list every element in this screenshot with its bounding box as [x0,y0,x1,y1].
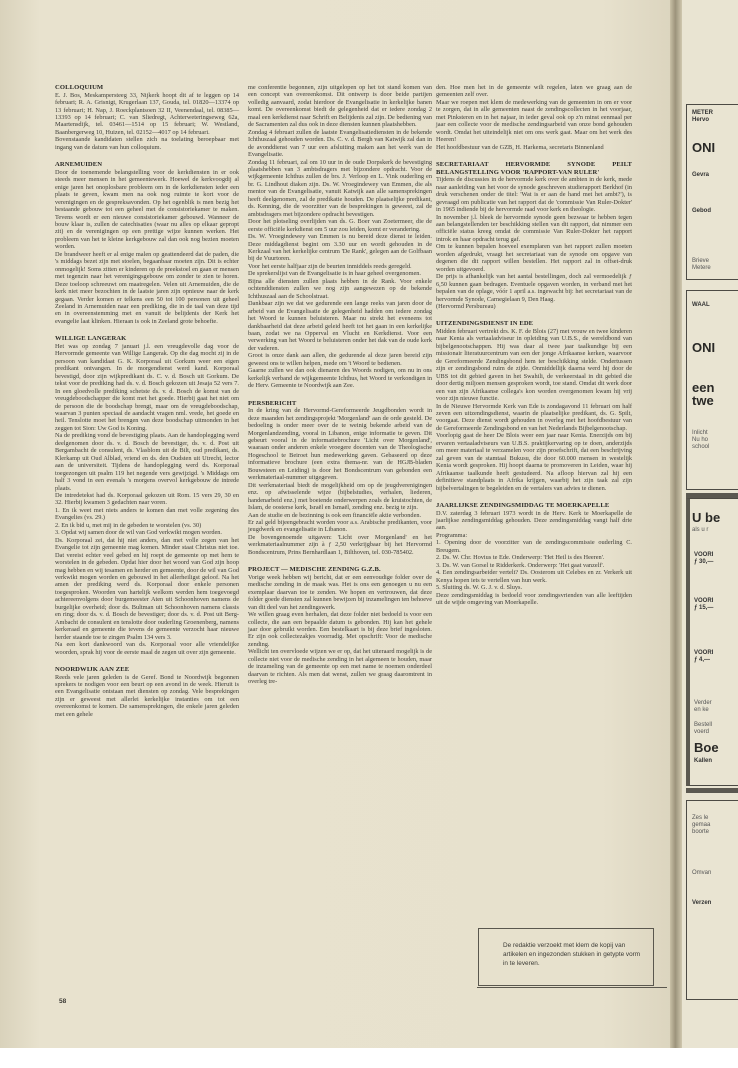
article-paragraph: In november j.l. bleek de hervormde syno… [436,214,632,244]
ad-fragment-text: VOORI [694,650,738,657]
ad-fragment-text: twe [692,393,738,408]
ad-fragment-text: ONI [692,340,738,355]
article-paragraph: 2. Ds. W. Chr. Hovius te Ede. Onderwerp:… [436,554,632,561]
article-heading: NOORDWIJK AAN ZEE [55,666,239,674]
article: NOORDWIJK AAN ZEEReeds vele jaren gelede… [55,666,239,718]
article-paragraph: Tijdens de discussies in de hervormde ke… [436,176,632,213]
ad-fragment-text: boorte [692,829,738,836]
article-paragraph: den. Hoe men het in de gemeente wilt reg… [436,84,632,99]
article-paragraph: Dit werkmateriaal biedt de mogelijkheid … [248,482,432,512]
article-paragraph: Zondag 11 februari, zal om 10 uur in de … [248,159,432,219]
ad-fragment-text: Omvan [692,870,738,877]
article: WILLIGE LANGERAKHet was op zondag 7 janu… [55,335,239,656]
article-paragraph: In de kring van de Hervormd-Gereformeerd… [248,407,432,482]
article: PROJECT — MEDISCHE ZENDING G.Z.B.Vorige … [248,566,432,685]
ad-fragment-text: Metere [692,265,738,272]
article-paragraph: De sprekerslijst van de Evangelisatie is… [248,270,432,277]
article: UITZENDINGSDIENST IN EDEMidden februari … [436,320,632,492]
ad-fragment-text: Brieve [692,258,738,265]
article: PERSBERICHTIn de kring van de Hervormd-G… [248,400,432,557]
article-paragraph: Programma: [436,532,632,539]
article-paragraph: Dankbaar zijn we dat we gedurende een la… [248,300,432,352]
ad-fragment-text: Inlicht [692,430,738,437]
article-paragraph: Aan de studie en de bezinning is ook een… [248,512,432,519]
ad-fragment-text: METER [692,110,738,117]
column-1: COLLOQUIUME. J. Bos, Meskampersteeg 33, … [55,84,239,728]
article-paragraph: 3. Ds. W. van Gorsel te Ridderkerk. Onde… [436,562,632,569]
article-paragraph: 4. Een zendingsarbeider vertelt? Ds. Oos… [436,569,632,584]
article-heading: UITZENDINGSDIENST IN EDE [436,320,632,328]
ad-fragment-text: ONI [692,140,738,155]
article-heading: WILLIGE LANGERAK [55,335,239,343]
ad-fragment-text: als u r [692,527,738,534]
article: ARNEMUIDENDoor de toenemende belangstell… [55,161,239,325]
ad-fragment-text: gemaa [692,822,738,829]
article-heading: COLLOQUIUM [55,84,239,92]
article-heading: PROJECT — MEDISCHE ZENDING G.Z.B. [248,566,432,574]
article-paragraph: Door de toenemende belangstelling voor d… [55,169,239,251]
article-paragraph: Er zal geld bijeengebracht worden voor a… [248,519,432,534]
article-paragraph: De brandweer heeft er al enige malen op … [55,251,239,326]
column-3: den. Hoe men het in de gemeente wilt reg… [436,84,632,616]
ad-fragment-text: Verder [694,700,738,707]
ad-fragment-text: ƒ 30,— [694,559,738,566]
ad-fragment-text: school [692,444,738,451]
article-paragraph: Groot is onze dank aan allen, die gedure… [248,352,432,367]
article-paragraph: Om te kunnen bepalen hoeveel exemplaren … [436,243,632,273]
article-paragraph: Voorlopig gaat de heer De Blois weer een… [436,432,632,492]
article-paragraph: Bovenstaande kandidaten stellen zich na … [55,136,239,151]
ad-fragment-text: Zes le [692,815,738,822]
article-paragraph: (Hervormd Persbureau) [436,303,632,310]
ad-box-1 [686,104,738,280]
article: me conferentie begonnen, zijn uitgelopen… [248,84,432,390]
article-paragraph: In de Nieuwe Hervormde Kerk van Ede is z… [436,403,632,433]
ad-fragment-text: ƒ 15,— [694,605,738,612]
ad-fragment-text: Gebod [692,208,738,215]
article: JAARLIJKSE ZENDINGSMIDDAG TE MOERKAPELLE… [436,502,632,606]
article-paragraph: Midden februari vertrekt drs. K. F. de B… [436,328,632,403]
article: den. Hoe men het in de gemeente wilt reg… [436,84,632,151]
article-paragraph: Ds. W. Vroegindewey van Emmen is nu bere… [248,233,432,263]
ad-fragment-text: Kallen [694,758,738,765]
article-paragraph: E. J. Bos, Meskampersteeg 33, Nijkerk ho… [55,92,239,137]
article: COLLOQUIUME. J. Bos, Meskampersteeg 33, … [55,84,239,151]
article-paragraph: Bijna alle diensten zullen plaats hebben… [248,278,432,300]
article-heading: PERSBERICHT [248,400,432,408]
article-paragraph: 2. En ik bid u, met mij in de gebeden te… [55,522,239,529]
article-paragraph: We willen graag even herhalen, dat deze … [248,611,432,648]
article-paragraph: Voor het eerste halfjaar zijn de beurten… [248,263,432,270]
article-paragraph: Vorige week hebben wij bericht, dat er e… [248,574,432,611]
editorial-notice-box: De redaktie verzoekt met klem de kopij v… [478,928,654,986]
article-paragraph: 1. Opening door de voorzitter van de zen… [436,539,632,554]
article-paragraph: Maar we roepen met klem de medewerking v… [436,99,632,144]
article-paragraph: Deze zendingsmiddag is bedoeld voor zend… [436,592,632,607]
article-paragraph: Zondag 4 februari zullen de laatste Evan… [248,129,432,159]
scanned-magazine-spread: COLLOQUIUME. J. Bos, Meskampersteeg 33, … [0,0,738,1048]
ad-divider-bar [686,788,738,793]
ad-fragment-text: WAAL [692,302,738,309]
article-paragraph: Gaarne zullen we dan ook dienaren des Wo… [248,367,432,389]
article-heading: JAARLIJKSE ZENDINGSMIDDAG TE MOERKAPELLE [436,502,632,510]
ad-fragment-text: VOORI [694,552,738,559]
article-paragraph: Door het plotseling overlijden van ds. G… [248,218,432,233]
column-2: me conferentie begonnen, zijn uitgelopen… [248,84,432,696]
article-paragraph: Reeds vele jaren geleden is de Geref. Bo… [55,674,239,719]
article-paragraph: Na de prediking vond de bevestiging plaa… [55,432,239,492]
ad-fragment-text: voerd [694,729,738,736]
ad-fragment-text: en ke [694,707,738,714]
article-paragraph: Het was op zondag 7 januari j.l. een vre… [55,343,239,432]
ad-fragment-text: Boe [694,740,738,755]
left-page: COLLOQUIUME. J. Bos, Meskampersteeg 33, … [0,0,670,1048]
page-number: 58 [59,998,66,1005]
article-paragraph: Het hoofdbestuur van de GZB, H. Harkema,… [436,144,632,151]
editorial-notice-text: De redaktie verzoekt met klem de kopij v… [503,942,640,967]
article-paragraph: 1. En ik weet met niets anders te komen … [55,507,239,522]
article-heading: ARNEMUIDEN [55,161,239,169]
ad-fragment-text: Verzen [692,900,738,907]
article-paragraph: Ds. Korporaal zei, dat hij niet anders, … [55,537,239,641]
ad-fragment-text: Hervo [692,117,738,124]
article-paragraph: De intredetekst had ds. Korporaal gekoze… [55,492,239,507]
ad-fragment-text: Nu ho [692,437,738,444]
ad-fragment-text: ƒ 4,— [694,657,738,664]
article-paragraph: 5. Sluiting ds. W. G. J. v. d. Sluys. [436,584,632,591]
article-paragraph: Wellicht ten overvloede wijzen we er op,… [248,648,432,685]
article-paragraph: D.V. zaterdag 3 februari 1973 wordt in d… [436,510,632,532]
ad-fragment-text: VOORI [694,598,738,605]
book-gutter [670,0,682,1048]
article: SECRETARIAAT HERVORMDE SYNODE PEILT BELA… [436,161,632,310]
ad-fragment-text: Gevra [692,172,738,179]
article-paragraph: Na een kort dankwoord van ds. Korporaal … [55,641,239,656]
article-paragraph: De prijs is afhankelijk van het aantal b… [436,273,632,303]
article-paragraph: 3. Opdat wij samen door de wil van God v… [55,529,239,536]
article-paragraph: me conferentie begonnen, zijn uitgelopen… [248,84,432,129]
article-heading: SECRETARIAAT HERVORMDE SYNODE PEILT BELA… [436,161,632,176]
ad-fragment-text: Bestell [694,722,738,729]
ad-fragment-text: U be [692,510,738,525]
right-page-advertisements: METERHervoONIGevraGebodBrieveMetereWAALO… [682,0,738,1048]
article-paragraph: De bovengenoemde uitgaven: 'Licht over M… [248,534,432,556]
